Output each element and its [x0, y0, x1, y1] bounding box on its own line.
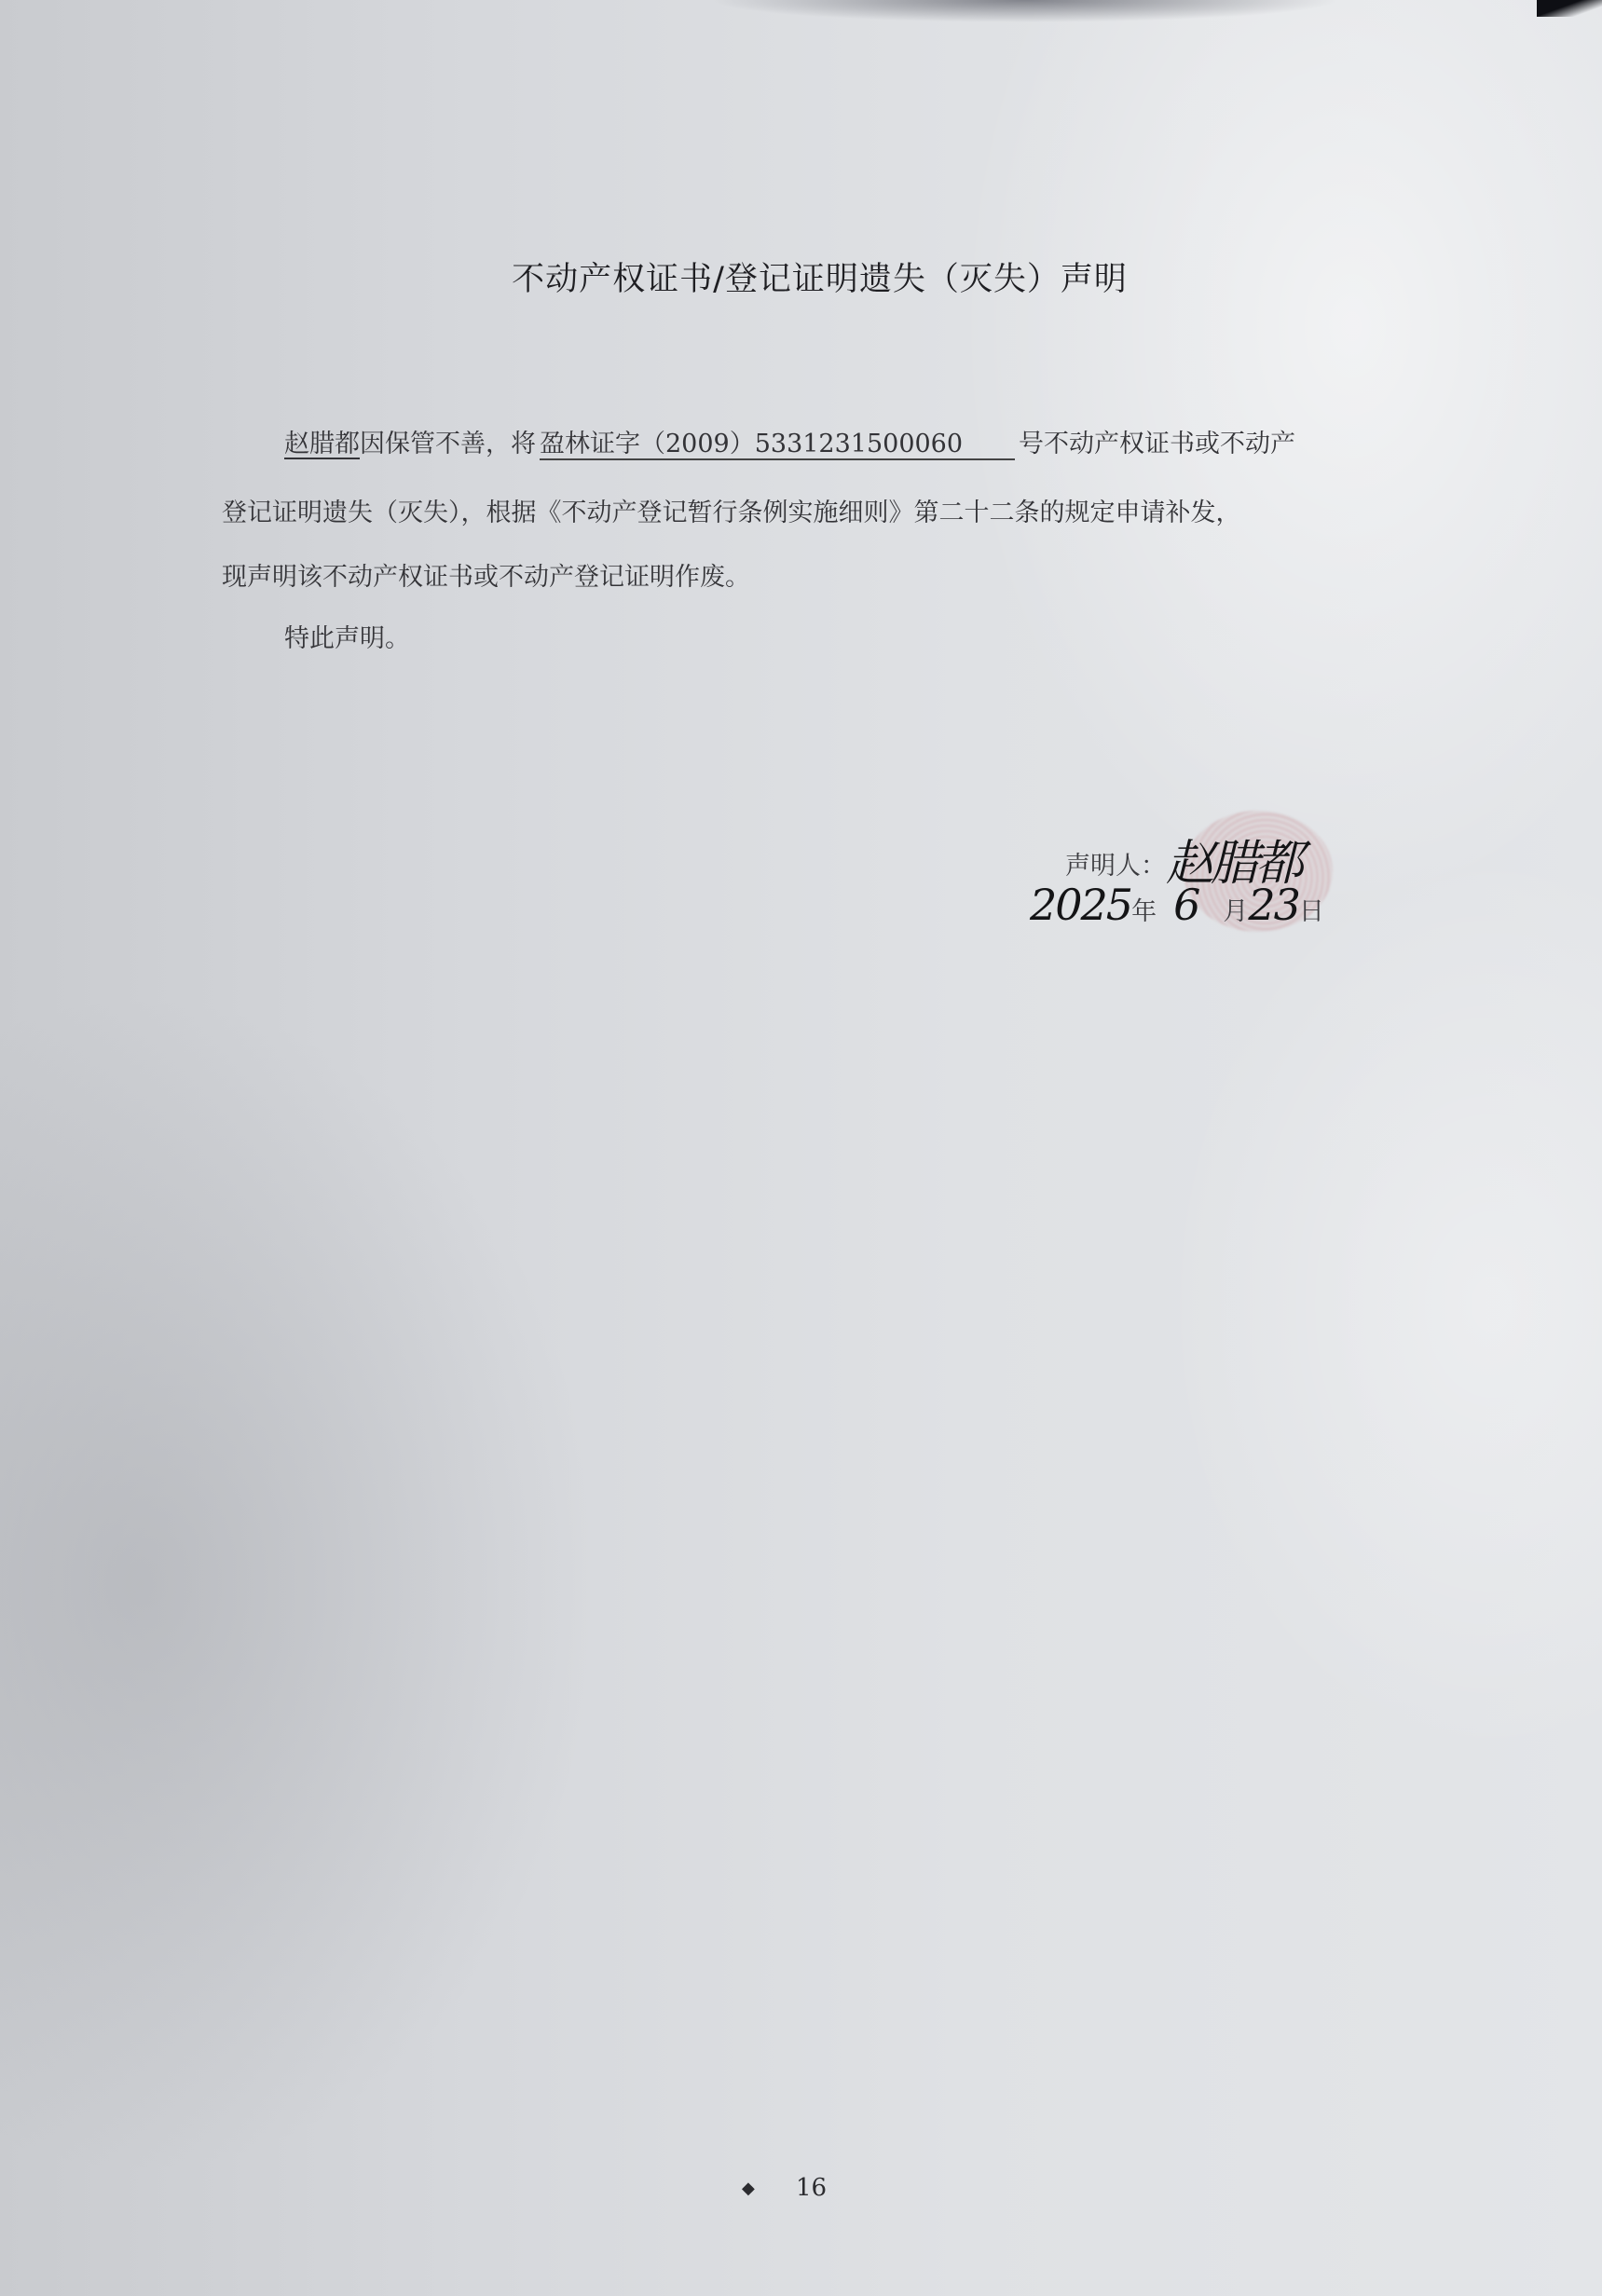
statement-text: 号不动产权证书或不动产 [1019, 430, 1295, 458]
statement-line-1: 赵腊都因保管不善，将盈林证字（2009）5331231500060号不动产权证书… [284, 431, 1477, 460]
statement-line-3: 现声明该不动产权证书或不动产登记证明作废。 [222, 565, 1415, 590]
certificate-number-field: 盈林证字（2009）5331231500060 [540, 431, 1015, 460]
photo-shadow [652, 0, 1398, 37]
date-month: 6 [1173, 880, 1198, 930]
statement-line-2: 登记证明遗失（灭失），根据《不动产登记暂行条例实施细则》第二十二条的规定申请补发… [222, 500, 1415, 526]
closing-text: 特此声明。 [284, 626, 1477, 651]
page-number: 16 [796, 2174, 827, 2202]
year-label: 年 [1131, 897, 1157, 926]
signature-date: 2025年6月23日 [1030, 880, 1324, 930]
declarant-signature-row: 声明人：赵腊都 [1065, 818, 1300, 888]
photo-corner-background [1537, 0, 1602, 17]
date-year: 2025 [1030, 880, 1131, 930]
page-footer: ◆16 [742, 2174, 827, 2202]
document-title: 不动产权证书/登记证明遗失（灭失）声明 [0, 253, 1602, 300]
statement-text: 因保管不善，将 [360, 430, 536, 458]
date-day: 23 [1248, 880, 1299, 930]
declarant-name: 赵腊都 [284, 430, 360, 458]
day-label: 日 [1299, 897, 1324, 926]
declarant-label: 声明人： [1065, 852, 1166, 881]
month-label: 月 [1223, 897, 1248, 926]
certificate-number: 盈林证字（2009）5331231500060 [540, 430, 963, 458]
diamond-bullet-icon: ◆ [742, 2179, 796, 2198]
